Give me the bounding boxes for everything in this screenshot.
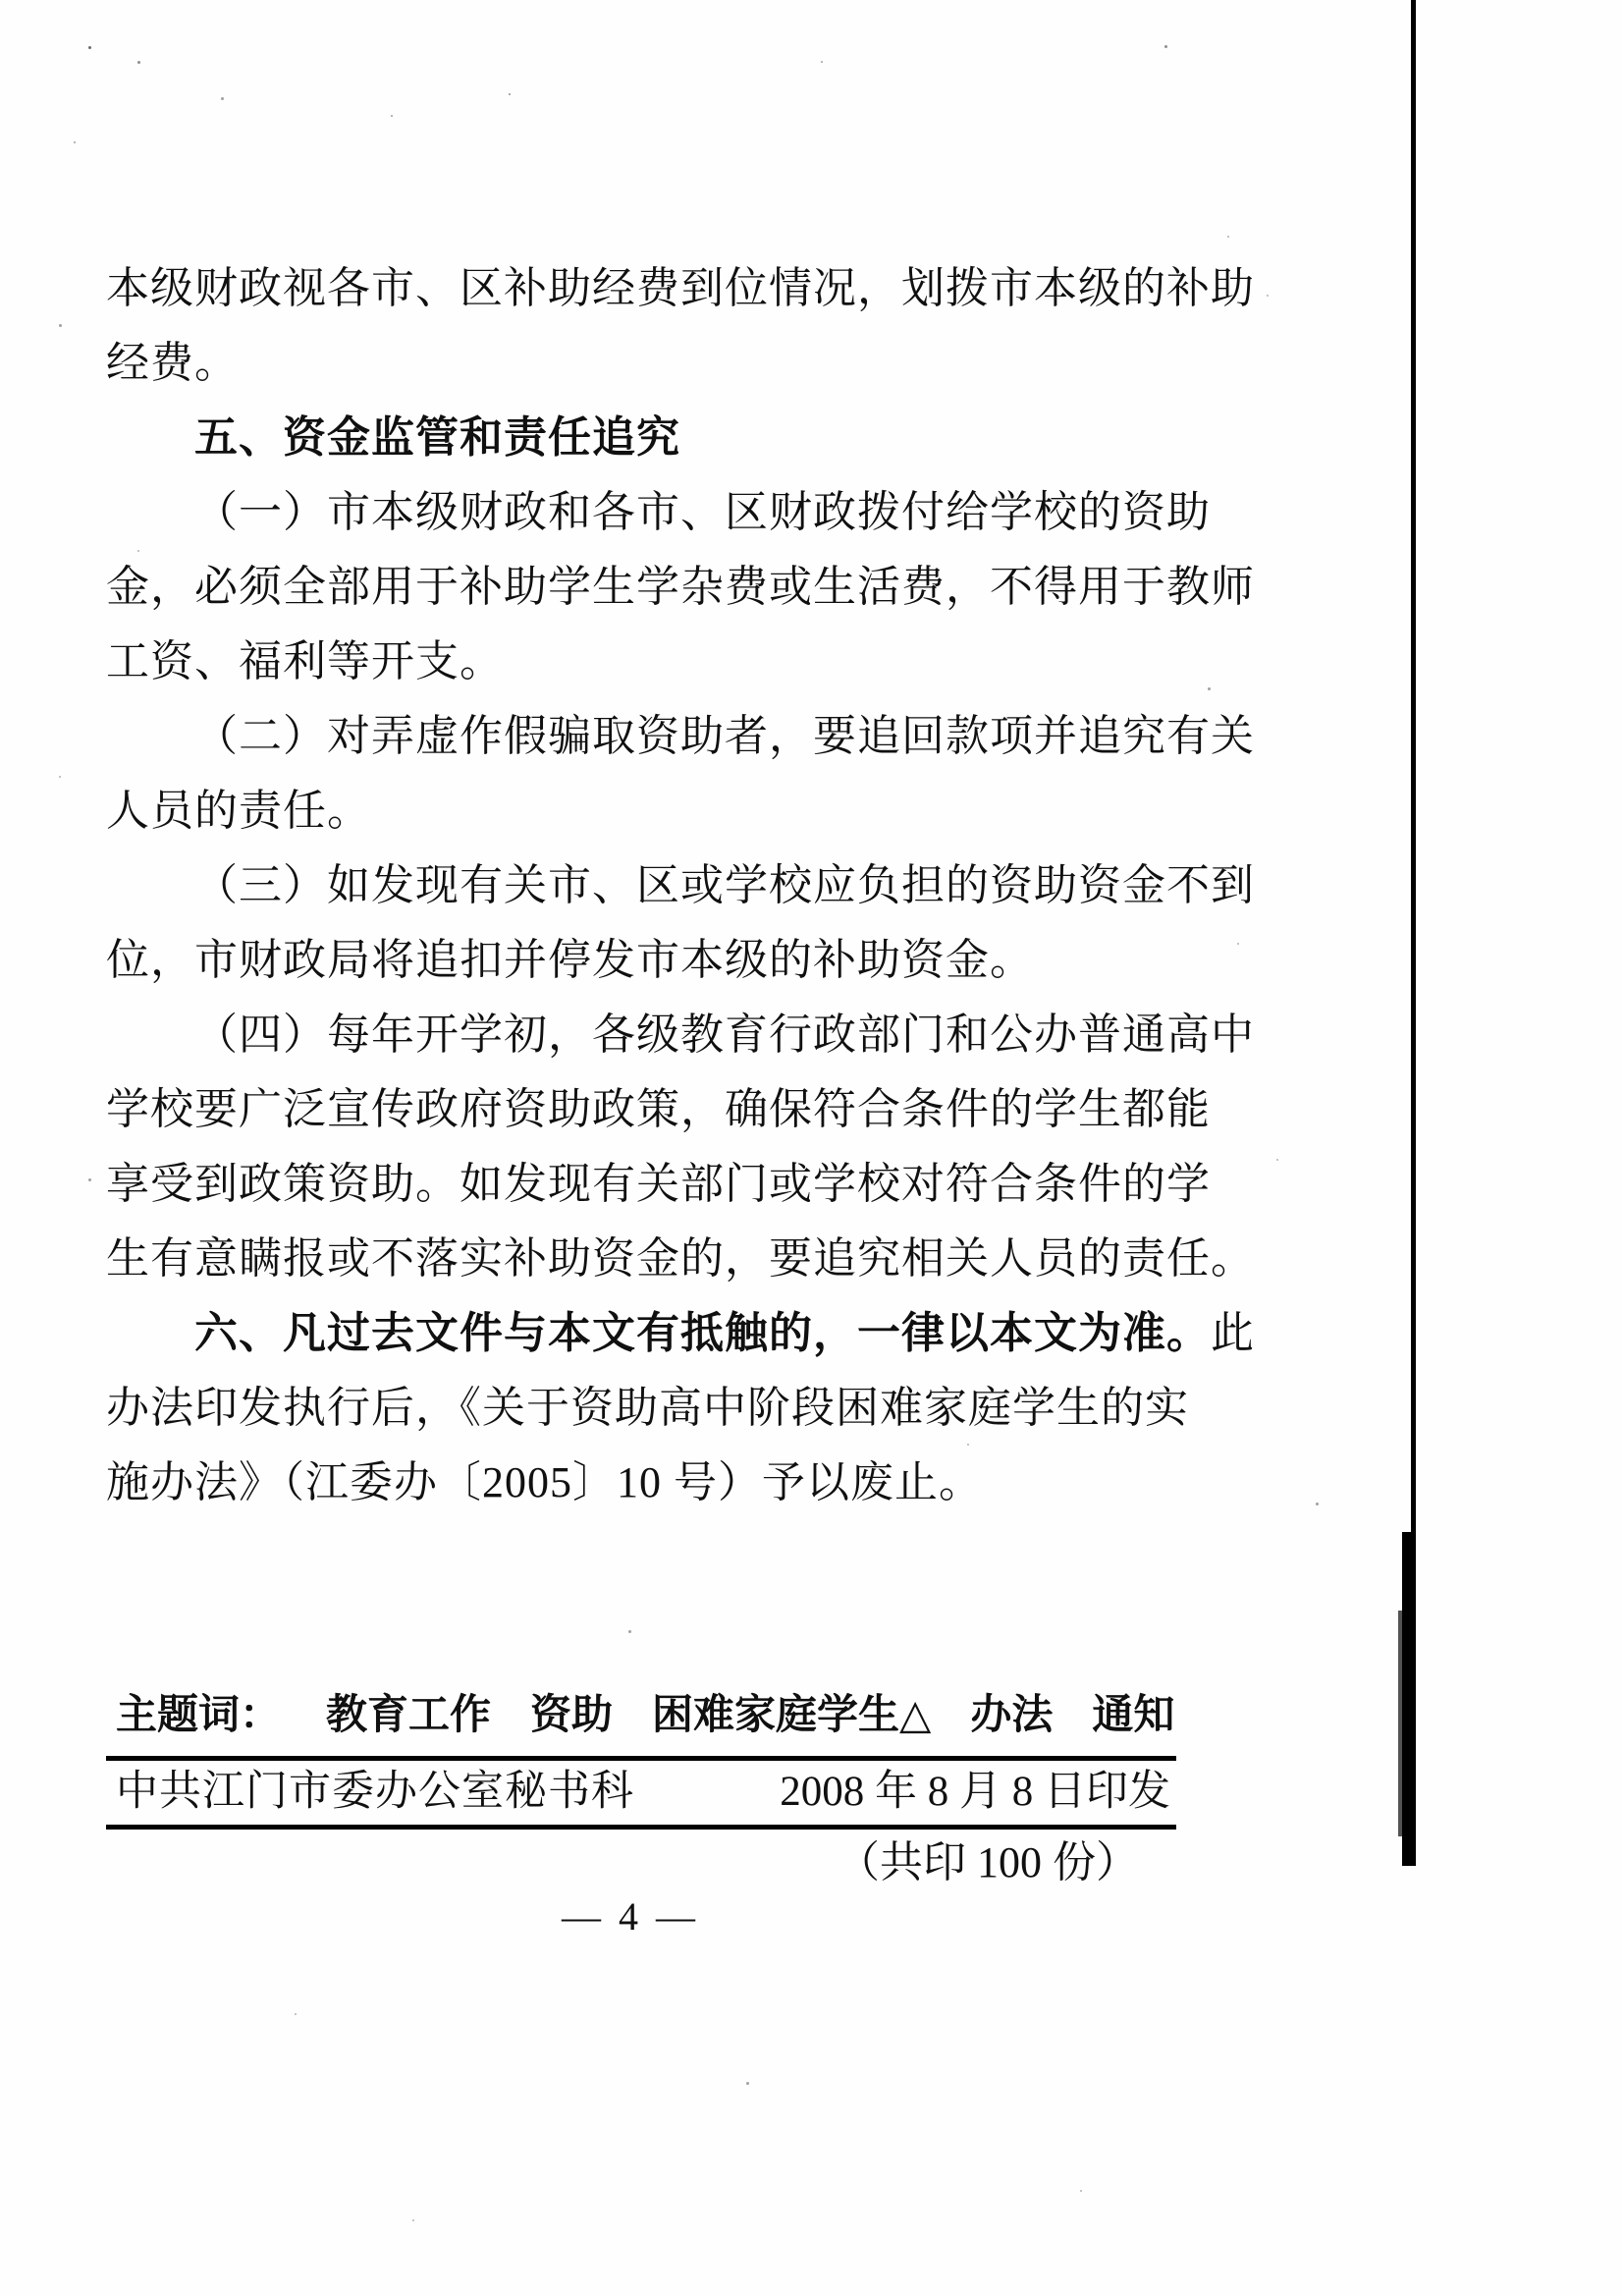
text-run: 工资、福利等开支。 [106, 637, 504, 685]
body-line: 办法印发执行后，《关于资助高中阶段困难家庭学生的实 [106, 1371, 1176, 1446]
text-run: 经费。 [106, 339, 239, 387]
scan-speckle [74, 141, 76, 143]
scan-speckle [1267, 295, 1269, 297]
text-run: 施办法》（江委办〔2005〕10 号）予以废止。 [106, 1458, 983, 1506]
footer-rule-bottom [106, 1825, 1176, 1830]
scan-speckle [88, 46, 91, 49]
page-number: — 4 — [562, 1895, 699, 1939]
scan-speckle [1227, 236, 1229, 238]
text-run: 享受到政策资助。如发现有关部门或学校对符合条件的学 [106, 1160, 1211, 1208]
scan-speckle [59, 324, 62, 327]
text-run: 学校要广泛宣传政府资助政策，确保符合条件的学生都能 [106, 1085, 1211, 1133]
text-run: 位，市财政局将追扣并停发市本级的补助资金。 [106, 936, 1034, 984]
body-line: 享受到政策资助。如发现有关部门或学校对符合条件的学 [106, 1147, 1176, 1222]
bold-run: 六、凡过去文件与本文有抵触的，一律以本文为准。 [194, 1309, 1211, 1357]
subject-label: 主题词： [116, 1691, 281, 1737]
scan-artifact-strip-lower [1402, 1532, 1416, 1866]
scan-speckle [137, 61, 140, 64]
scan-speckle [967, 1444, 969, 1446]
subject-term: 资助 [530, 1691, 613, 1737]
print-date: 2008 年 8 月 8 日印发 [780, 1768, 1170, 1817]
scan-speckle [1316, 1503, 1319, 1505]
body-line: （三）如发现有关市、区或学校应负担的资助资金不到 [106, 848, 1176, 923]
text-run: 办法印发执行后，《关于资助高中阶段困难家庭学生的实 [106, 1384, 1189, 1432]
subject-term: 困难家庭学生△ [652, 1691, 931, 1737]
scan-speckle [59, 776, 61, 778]
scan-speckle [746, 2082, 749, 2085]
text-run: 金，必须全部用于补助学生学杂费或生活费，不得用于教师 [106, 563, 1255, 611]
scan-speckle [821, 61, 823, 63]
body-line: 本级财政视各市、区补助经费到位情况，划拨市本级的补助 [106, 251, 1176, 326]
body-line: 工资、福利等开支。 [106, 625, 1176, 699]
body-line: 金，必须全部用于补助学生学杂费或生活费，不得用于教师 [106, 550, 1176, 625]
scan-speckle [88, 1178, 91, 1181]
copies-note: （共印 100 份） [837, 1838, 1139, 1887]
scan-speckle [412, 2219, 414, 2221]
scan-speckle [1208, 687, 1211, 690]
body-line: 生有意瞒报或不落实补助资金的，要追究相关人员的责任。 [106, 1222, 1176, 1296]
body-line: 学校要广泛宣传政府资助政策，确保符合条件的学生都能 [106, 1072, 1176, 1147]
scan-artifact-strip-fuzz [1398, 1611, 1402, 1836]
body-line: 位，市财政局将追扣并停发市本级的补助资金。 [106, 923, 1176, 998]
scan-speckle [1237, 943, 1239, 945]
scan-speckle [391, 115, 393, 117]
text-run: （一）市本级财政和各市、区财政拨付给学校的资助 [194, 488, 1211, 536]
subject-terms: 教育工作资助困难家庭学生△办法通知 [326, 1691, 1174, 1737]
footer-rule-top [106, 1756, 1176, 1761]
body-line: 人员的责任。 [106, 774, 1176, 848]
section-heading-5: 五、资金监管和责任追究 [106, 401, 1176, 475]
subject-term: 办法 [970, 1691, 1053, 1737]
subject-term: 教育工作 [326, 1691, 491, 1737]
body-line: 经费。 [106, 326, 1176, 401]
text-run: 生有意瞒报或不落实补助资金的，要追究相关人员的责任。 [106, 1234, 1255, 1283]
scan-speckle [137, 550, 139, 552]
imprint-line: 中共江门市委办公室秘书科 2008 年 8 月 8 日印发 [116, 1768, 1170, 1817]
document-body: 本级财政视各市、区补助经费到位情况，划拨市本级的补助经费。五、资金监管和责任追究… [106, 251, 1176, 1520]
scan-artifact-strip-upper [1411, 0, 1416, 1537]
scan-speckle [1080, 2190, 1082, 2192]
scanned-page: 本级财政视各市、区补助经费到位情况，划拨市本级的补助经费。五、资金监管和责任追究… [0, 0, 1623, 2296]
text-run: 本级财政视各市、区补助经费到位情况，划拨市本级的补助 [106, 264, 1255, 312]
subject-term: 通知 [1092, 1691, 1174, 1737]
subject-keywords-line: 主题词：教育工作资助困难家庭学生△办法通知 [116, 1691, 1176, 1738]
scan-speckle [628, 1630, 631, 1633]
text-run: 五、资金监管和责任追究 [194, 413, 680, 462]
text-run: （二）对弄虚作假骗取资助者，要追回款项并追究有关 [194, 712, 1255, 760]
issuing-office: 中共江门市委办公室秘书科 [116, 1768, 634, 1817]
text-run: 此 [1211, 1309, 1255, 1357]
scan-speckle [1164, 45, 1167, 48]
scan-speckle [221, 97, 224, 100]
body-line: 施办法》（江委办〔2005〕10 号）予以废止。 [106, 1446, 1176, 1520]
scan-speckle [509, 93, 511, 95]
text-run: （四）每年开学初，各级教育行政部门和公办普通高中 [194, 1011, 1255, 1059]
section-heading-6: 六、凡过去文件与本文有抵触的，一律以本文为准。此 [106, 1296, 1176, 1371]
body-line: （一）市本级财政和各市、区财政拨付给学校的资助 [106, 475, 1176, 550]
text-run: （三）如发现有关市、区或学校应负担的资助资金不到 [194, 861, 1255, 909]
scan-speckle [1276, 1159, 1278, 1161]
body-line: （四）每年开学初，各级教育行政部门和公办普通高中 [106, 998, 1176, 1072]
body-line: （二）对弄虚作假骗取资助者，要追回款项并追究有关 [106, 699, 1176, 774]
text-run: 人员的责任。 [106, 787, 371, 835]
scan-speckle [295, 2013, 297, 2015]
